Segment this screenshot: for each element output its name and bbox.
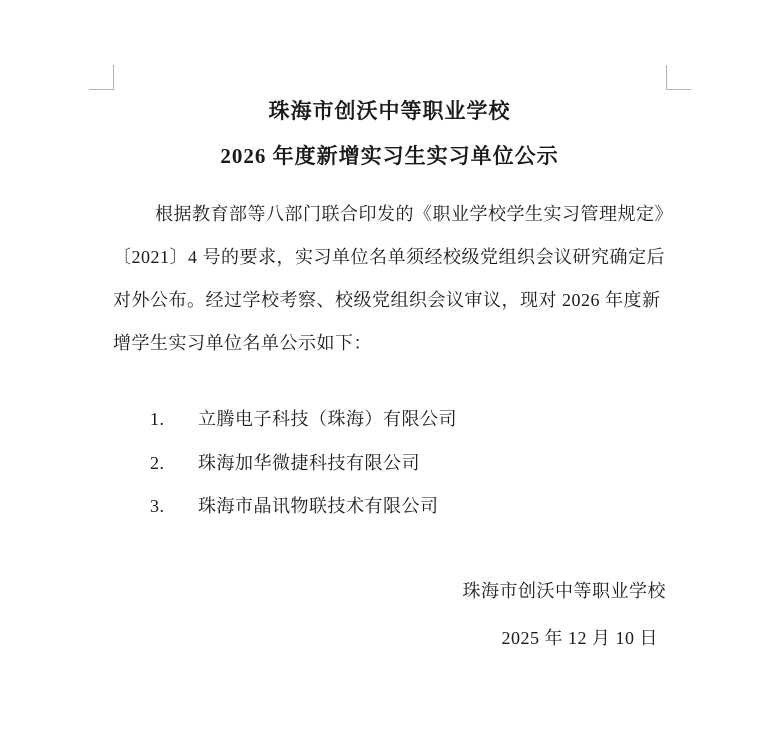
intro-paragraph: 根据教育部等八部门联合印发的《职业学校学生实习管理规定》 〔2021〕4 号的要… (113, 193, 666, 365)
list-item: 3. 珠海市晶讯物联技术有限公司 (113, 485, 666, 529)
company-name: 珠海市晶讯物联技术有限公司 (198, 485, 439, 529)
signature-school: 珠海市创沃中等职业学校 (113, 568, 666, 615)
list-item: 2. 珠海加华微捷科技有限公司 (113, 442, 666, 486)
document-title-line1: 珠海市创沃中等职业学校 (113, 89, 666, 134)
company-name: 珠海加华微捷科技有限公司 (198, 442, 420, 486)
list-item: 1. 立腾电子科技（珠海）有限公司 (113, 398, 666, 442)
list-item-number: 1. (150, 398, 198, 442)
signature-date: 2025 年 12 月 10 日 (113, 615, 666, 662)
paragraph-line: 根据教育部等八部门联合印发的《职业学校学生实习管理规定》 (113, 193, 666, 236)
closing-block: 珠海市创沃中等职业学校 2025 年 12 月 10 日 (113, 568, 666, 662)
company-list: 1. 立腾电子科技（珠海）有限公司 2. 珠海加华微捷科技有限公司 3. 珠海市… (113, 398, 666, 529)
text-boundary-mark-top-right (666, 65, 691, 90)
document-body: 珠海市创沃中等职业学校 2026 年度新增实习生实习单位公示 根据教育部等八部门… (113, 89, 666, 662)
paragraph-line: 增学生实习单位名单公示如下： (113, 322, 666, 365)
paragraph-line: 〔2021〕4 号的要求，实习单位名单须经校级党组织会议研究确定后 (113, 236, 666, 279)
list-item-number: 3. (150, 485, 198, 529)
paragraph-line: 对外公布。经过学校考察、校级党组织会议审议，现对 2026 年度新 (113, 279, 666, 322)
list-item-number: 2. (150, 442, 198, 486)
document-title-line2: 2026 年度新增实习生实习单位公示 (113, 134, 666, 179)
company-name: 立腾电子科技（珠海）有限公司 (198, 398, 457, 442)
document-page: 珠海市创沃中等职业学校 2026 年度新增实习生实习单位公示 根据教育部等八部门… (0, 0, 781, 741)
text-boundary-mark-top-left (89, 65, 114, 90)
